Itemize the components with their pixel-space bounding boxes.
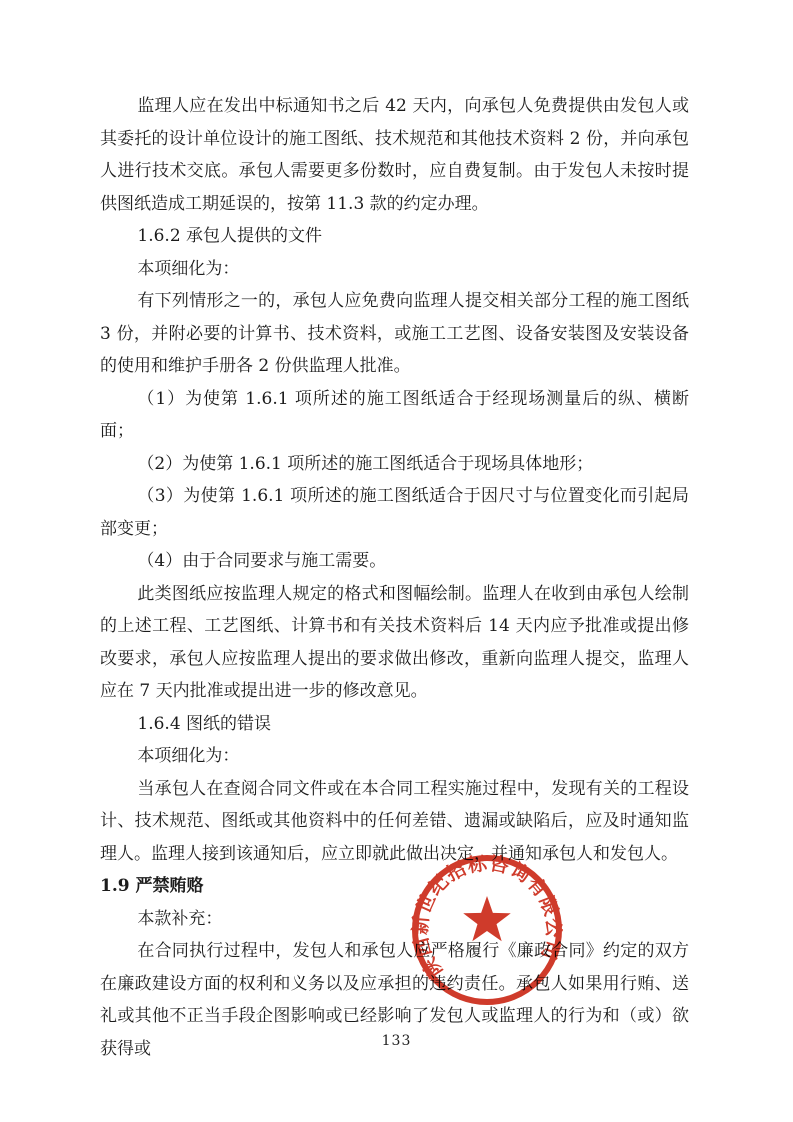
page-number: 133 xyxy=(0,1033,793,1049)
paragraph-item-refined-intro-2: 本项细化为： xyxy=(100,740,689,773)
subheading-1-6-2: 1.6.2 承包人提供的文件 xyxy=(100,220,689,253)
subheading-1-6-4: 1.6.4 图纸的错误 xyxy=(100,708,689,741)
list-item-1: （1）为使第 1.6.1 项所述的施工图纸适合于经现场测量后的纵、横断面； xyxy=(100,383,689,448)
paragraph-supervisor-provides-drawings: 监理人应在发出中标通知书之后 42 天内，向承包人免费提供由发包人或其委托的设计… xyxy=(100,90,689,220)
paragraph-contractor-submit-drawings: 有下列情形之一的，承包人应免费向监理人提交相关部分工程的施工图纸 3 份，并附必… xyxy=(100,285,689,383)
paragraph-drawing-format-approval: 此类图纸应按监理人规定的格式和图幅绘制。监理人在收到由承包人绘制的上述工程、工艺… xyxy=(100,578,689,708)
document-body: 监理人应在发出中标通知书之后 42 天内，向承包人免费提供由发包人或其委托的设计… xyxy=(100,90,689,1065)
list-item-2: （2）为使第 1.6.1 项所述的施工图纸适合于现场具体地形； xyxy=(100,448,689,481)
paragraph-item-refined-intro: 本项细化为： xyxy=(100,253,689,286)
paragraph-clause-supplement: 本款补充： xyxy=(100,903,689,936)
list-item-4: （4）由于合同要求与施工需要。 xyxy=(100,545,689,578)
paragraph-drawing-errors: 当承包人在查阅合同文件或在本合同工程实施过程中，发现有关的工程设计、技术规范、图… xyxy=(100,773,689,871)
section-heading-1-9-no-bribery: 1.9 严禁贿赂 xyxy=(100,870,689,903)
document-page: 监理人应在发出中标通知书之后 42 天内，向承包人免费提供由发包人或其委托的设计… xyxy=(0,0,793,1122)
list-item-3: （3）为使第 1.6.1 项所述的施工图纸适合于因尺寸与位置变化而引起局部变更； xyxy=(100,480,689,545)
